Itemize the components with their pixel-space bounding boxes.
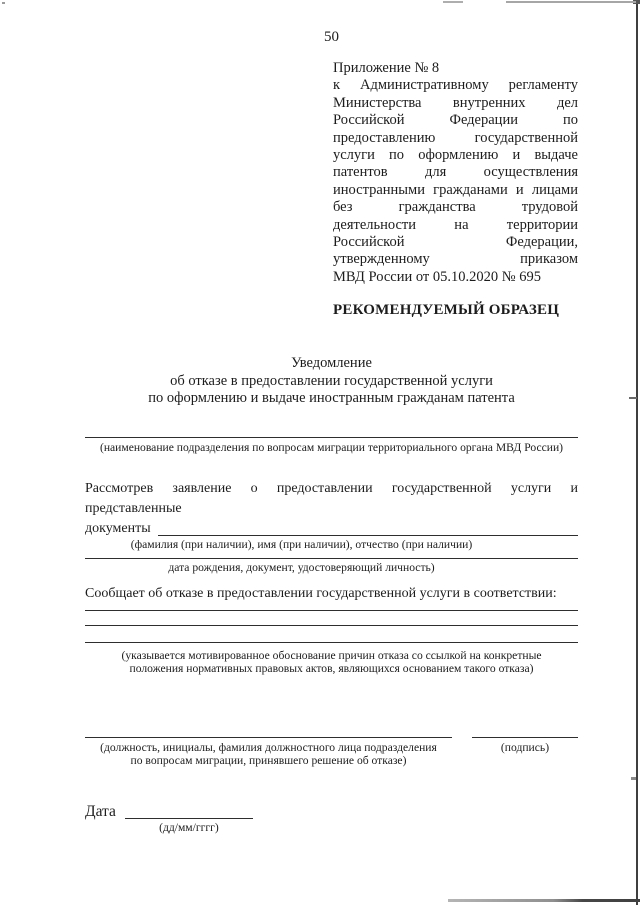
date-block: Дата (дд/мм/гггг) [85,803,578,835]
refusal-reason-blank-lines [85,604,578,643]
official-blank-line [85,737,452,738]
org-name-blank-line [85,437,578,438]
header-line: патентов для осуществления [333,164,578,181]
date-format-caption: (дд/мм/гггг) [125,822,253,835]
org-name-caption: (наименование подразделения по вопросам … [85,442,578,455]
date-field: (дд/мм/гггг) [125,803,253,835]
scan-artifact-right-dash [631,777,636,780]
header-line: предоставлению государственной [333,130,578,147]
header-line: иностранными гражданами и лицами [333,182,578,199]
signature-area: (подпись) [472,737,578,767]
page-number: 50 [85,30,578,45]
date-blank-line [125,803,253,819]
identity-blank-line [85,558,578,559]
considered-text-line1: Рассмотрев заявление о предоставлении го… [85,479,578,519]
applicant-name-caption: (фамилия (при наличии), имя (при наличии… [55,539,548,552]
considered-text-line2: документы [85,519,578,539]
header-line: Приложение № 8 [333,60,578,77]
scanned-document-page: 50 Приложение № 8 к Административному ре… [0,0,640,905]
scan-border-right [636,0,638,905]
header-line-order-number: МВД России от 05.10.2020 № 695 [333,269,578,286]
scan-artifact-right-tick [629,397,637,399]
documents-word: документы [85,519,151,539]
signature-caption: (подпись) [472,742,578,755]
title-line-1: Уведомление [85,355,578,373]
document-title: Уведомление об отказе в предоставлении г… [85,355,578,408]
reason-caption-line2: положения нормативных правовых актов, яв… [85,663,578,676]
scan-artifact-top-segment-b [506,1,636,3]
scan-artifact-top-left-dot [2,2,5,4]
appendix-header-block: Приложение № 8 к Административному регла… [333,60,578,286]
header-line: деятельности на территории [333,217,578,234]
header-line: без гражданства трудовой [333,199,578,216]
header-line: Российской Федерации, [333,234,578,251]
considered-paragraph: Рассмотрев заявление о предоставлении го… [85,479,578,539]
applicant-name-blank-line [158,519,578,536]
date-label: Дата [85,803,116,835]
refusal-statement: Сообщает об отказе в предоставлении госу… [85,584,578,604]
official-caption-line2: по вопросам миграции, принявшего решение… [85,755,452,768]
header-line: Российской Федерации по [333,112,578,129]
document-content: 50 Приложение № 8 к Административному ре… [0,0,640,835]
scan-artifact-top-segment-a [443,1,463,3]
signature-blank-line [472,737,578,738]
reason-blank-line-2 [85,611,578,626]
header-line: к Административному регламенту [333,77,578,94]
reason-blank-line-3 [85,626,578,643]
signature-block: (должность, инициалы, фамилия должностно… [85,737,578,767]
reason-caption-line1: (указывается мотивированное обоснование … [85,650,578,663]
official-caption-line1: (должность, инициалы, фамилия должностно… [85,742,452,755]
official-signature-area: (должность, инициалы, фамилия должностно… [85,737,452,767]
header-line: утвержденному приказом [333,251,578,268]
identity-caption: дата рождения, документ, удостоверяющий … [55,562,548,575]
title-line-2: об отказе в предоставлении государственн… [85,373,578,391]
header-line: услуги по оформлению и выдаче [333,147,578,164]
scan-border-bottom-partial [448,899,640,902]
header-line: Министерства внутренних дел [333,95,578,112]
reason-blank-line-1 [85,604,578,611]
recommended-sample-label: РЕКОМЕНДУЕМЫЙ ОБРАЗЕЦ [333,302,578,319]
title-line-3: по оформлению и выдаче иностранным гражд… [85,390,578,408]
